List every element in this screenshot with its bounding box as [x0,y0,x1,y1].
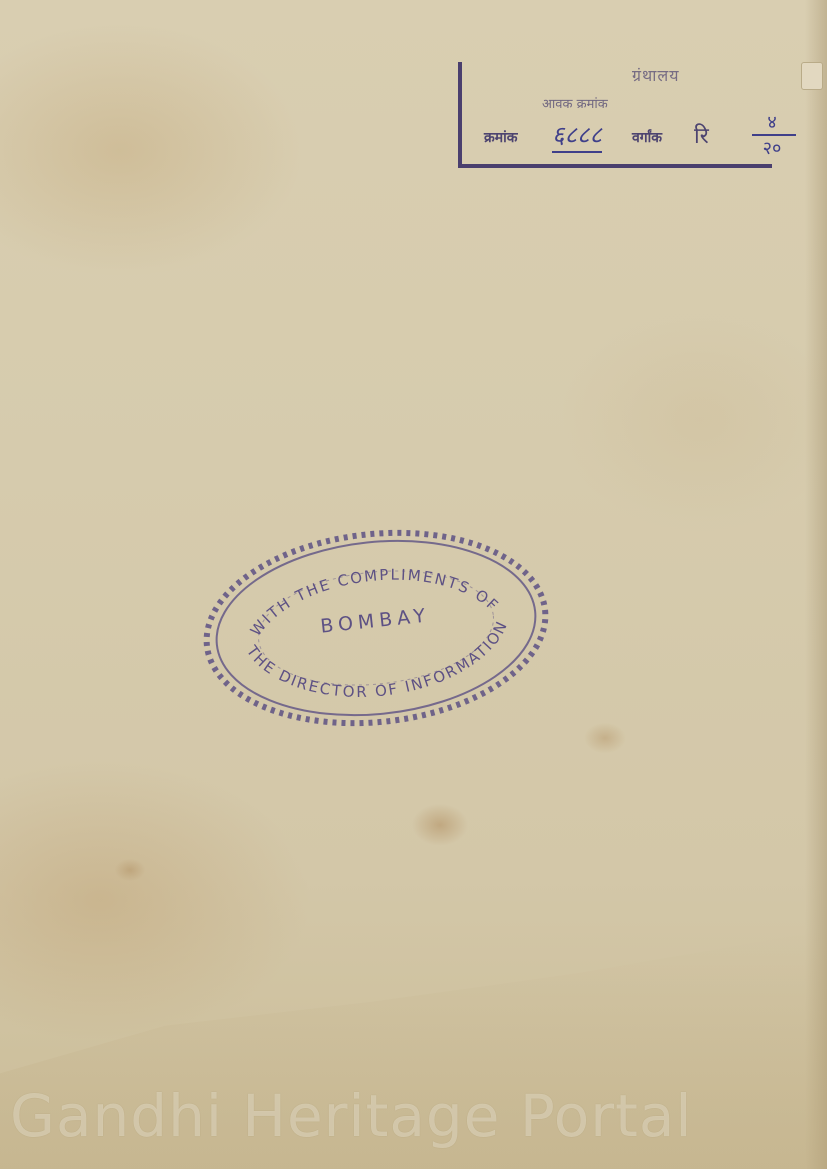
fraction-bottom: २० [752,136,792,160]
register-stamp-subtitle: आवक क्रमांक [542,94,608,112]
shelf-fraction: ४ २० [752,110,792,160]
fraction-top: ४ [752,110,792,134]
scanned-page: ग्रंथालय आवक क्रमांक क्रमांक ६८८८ वर्गां… [0,0,827,1169]
library-register-stamp: ग्रंथालय आवक क्रमांक क्रमांक ६८८८ वर्गां… [458,62,772,168]
class-label: वर्गांक [632,128,662,147]
accession-number: ६८८८ [552,118,602,153]
binding-tab [801,62,823,90]
class-mark: रि [694,120,709,150]
compliments-oval-stamp: WITH THE COMPLIMENTS OF THE DIRECTOR OF … [191,510,562,746]
register-stamp-title: ग्रंथालय [632,64,680,86]
accession-label: क्रमांक [484,128,518,147]
watermark: Gandhi Heritage Portal [10,1082,693,1150]
